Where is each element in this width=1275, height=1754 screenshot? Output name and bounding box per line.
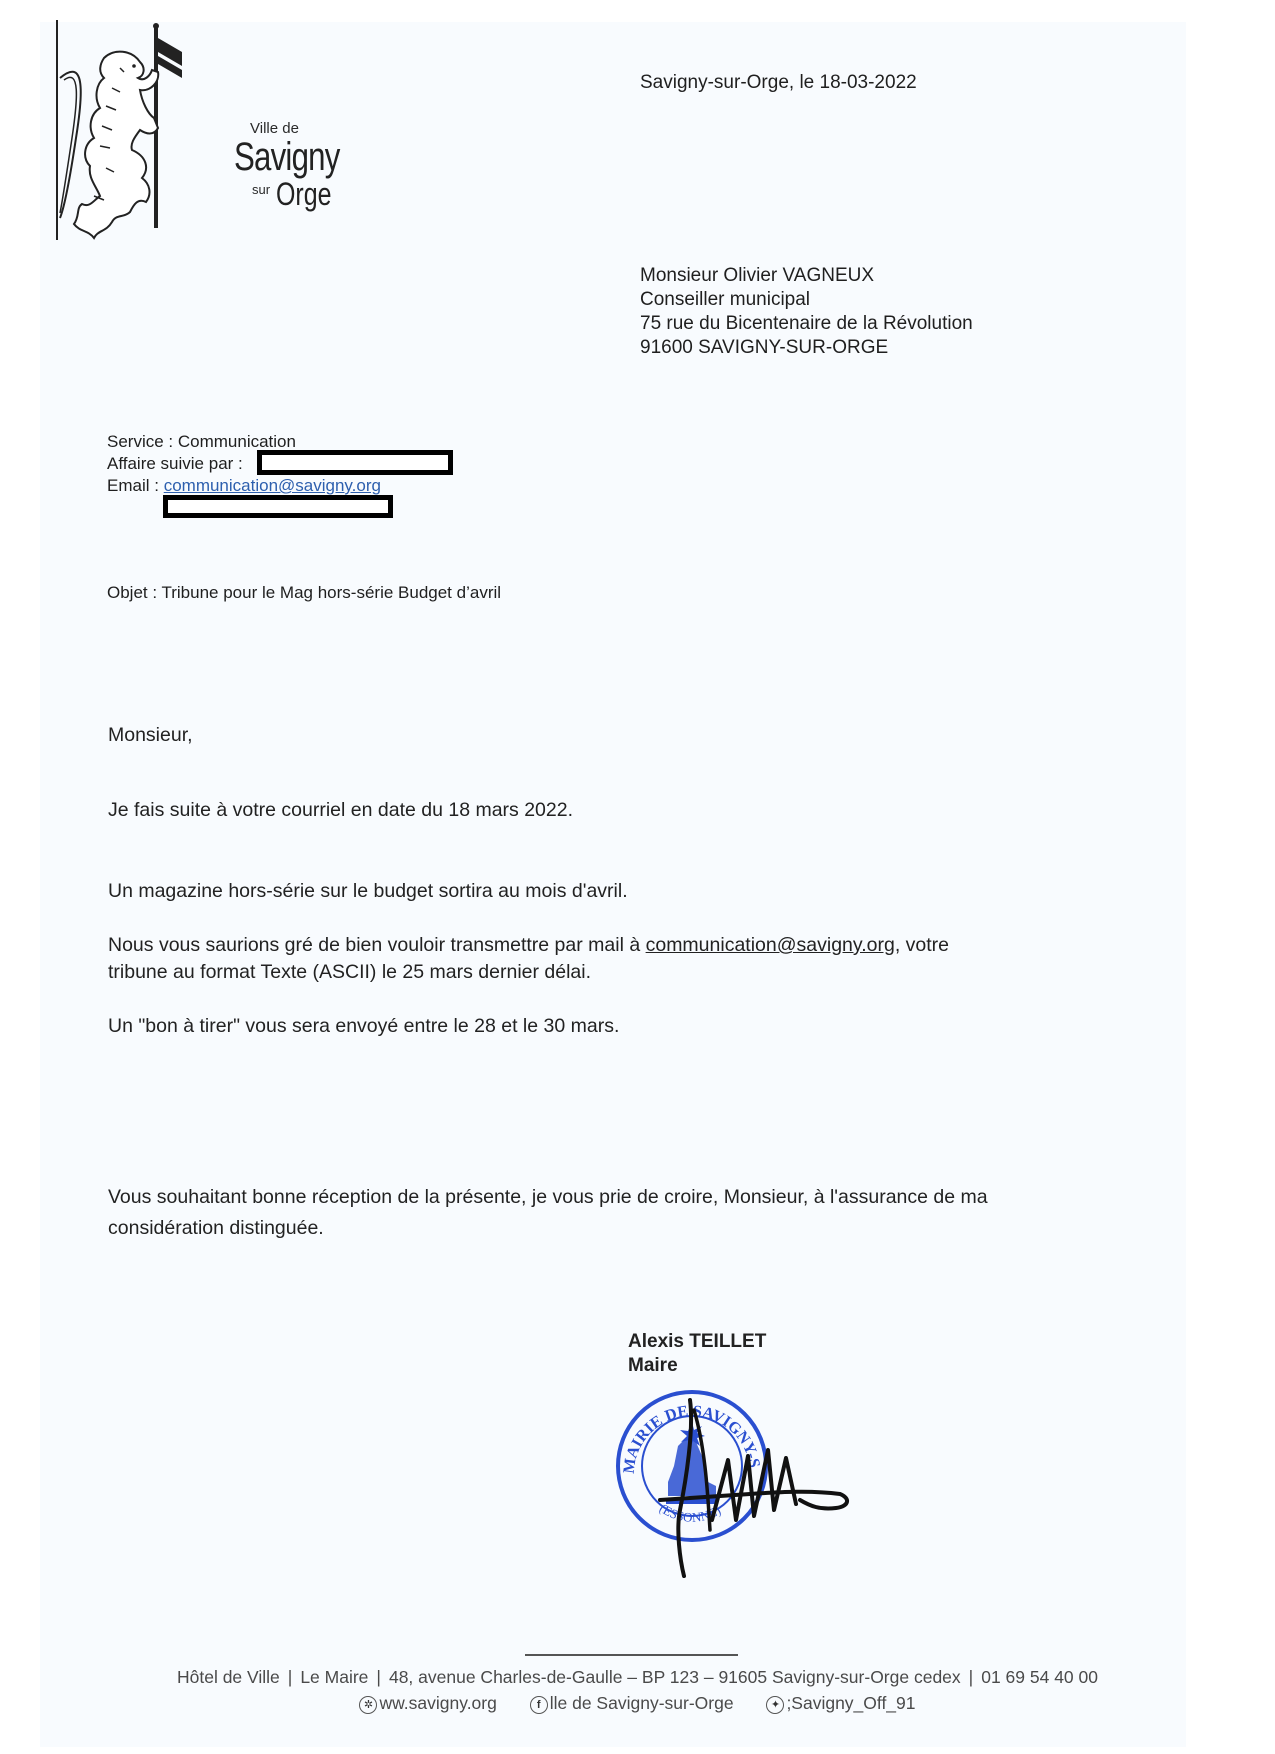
footer-social: ✲ww.savigny.org flle de Savigny-sur-Orge… (0, 1693, 1275, 1714)
footer-address: Hôtel de Ville|Le Maire|48, avenue Charl… (0, 1667, 1275, 1688)
signatory: Alexis TEILLET Maire (628, 1330, 766, 1378)
footer-item-hotel-de-ville: Hôtel de Ville (177, 1667, 280, 1687)
handwritten-signature-icon (650, 1390, 860, 1580)
footer-web[interactable]: ✲ww.savigny.org (359, 1693, 496, 1714)
paragraph-3-text-end: , votre (895, 934, 949, 956)
recipient-city: 91600 SAVIGNY-SUR-ORGE (640, 336, 973, 360)
email-link-body[interactable]: communication@savigny.org (646, 934, 895, 956)
salutation: Monsieur, (108, 722, 193, 749)
logo-sur: sur (252, 182, 270, 197)
paragraph-3: Nous vous saurions gré de bien vouloir t… (108, 932, 949, 986)
logo-orge: Orge (276, 176, 331, 213)
redaction-box (163, 495, 393, 518)
paragraph-3-line2: tribune au format Texte (ASCII) le 25 ma… (108, 961, 591, 983)
email-line: Email : communication@savigny.org (107, 475, 381, 497)
paragraph-3-text: Nous vous saurions gré de bien vouloir t… (108, 934, 646, 956)
closing-line-2: considération distinguée. (108, 1217, 324, 1239)
subject-line: Objet : Tribune pour le Mag hors-série B… (107, 583, 501, 603)
footer-twitter-text: ;Savigny_Off_91 (786, 1693, 915, 1713)
email-link[interactable]: communication@savigny.org (164, 476, 381, 495)
footer-facebook[interactable]: flle de Savigny-sur-Orge (530, 1693, 734, 1714)
paragraph-4: Un "bon à tirer" vous sera envoyé entre … (108, 1013, 619, 1040)
letter-date: Savigny-sur-Orge, le 18-03-2022 (640, 72, 917, 94)
email-label: Email : (107, 476, 159, 495)
footer-twitter[interactable]: ✦;Savigny_Off_91 (766, 1693, 915, 1714)
web-icon: ✲ (359, 1696, 377, 1714)
city-logo: Ville de Savigny sur Orge (54, 18, 304, 248)
footer-facebook-text: lle de Savigny-sur-Orge (550, 1693, 734, 1713)
paragraph-2: Un magazine hors-série sur le budget sor… (108, 878, 628, 905)
closing-line-1: Vous souhaitant bonne réception de la pr… (108, 1186, 988, 1208)
twitter-icon: ✦ (766, 1696, 784, 1714)
footer-item-address: 48, avenue Charles-de-Gaulle – BP 123 – … (389, 1667, 961, 1687)
signatory-title: Maire (628, 1354, 766, 1378)
recipient-title: Conseiller municipal (640, 288, 973, 312)
footer-item-phone: 01 69 54 40 00 (981, 1667, 1098, 1687)
footer-item-le-maire: Le Maire (300, 1667, 368, 1687)
logo-savigny: Savigny (234, 135, 340, 180)
paragraph-1: Je fais suite à votre courriel en date d… (108, 797, 573, 824)
footer-divider (525, 1654, 738, 1656)
recipient-name: Monsieur Olivier VAGNEUX (640, 264, 973, 288)
redaction-box (257, 450, 453, 475)
closing-paragraph: Vous souhaitant bonne réception de la pr… (108, 1182, 988, 1244)
signatory-name: Alexis TEILLET (628, 1330, 766, 1354)
followed-by-label: Affaire suivie par : (107, 454, 243, 473)
recipient-street: 75 rue du Bicentenaire de la Révolution (640, 312, 973, 336)
facebook-icon: f (530, 1696, 548, 1714)
recipient-address: Monsieur Olivier VAGNEUX Conseiller muni… (640, 264, 973, 360)
footer-web-text: ww.savigny.org (379, 1693, 496, 1713)
